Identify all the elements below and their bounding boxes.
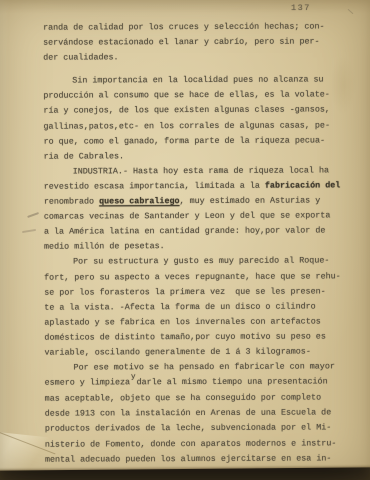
text-segment: , muy estimado en Asturias y — [180, 195, 321, 206]
text-line: comarcas vecinas de Santander y Leon y d… — [44, 208, 346, 224]
bold-phrase: fabricación del — [265, 180, 340, 190]
text-segment: darle al mismo tiempo una presentación — [137, 377, 328, 388]
text-line: productos derivados de la leche, subvenc… — [45, 421, 347, 437]
text-line: esmero y limpiezaydarle al mismo tiempo … — [45, 374, 347, 391]
paragraph-3-industria: INDUSTRIA.- Hasta hoy esta rama de rique… — [44, 163, 346, 255]
text-line: mas aceptable, objeto que se ha consegui… — [45, 391, 347, 407]
text-line: desde 1913 con la instalación en Arenas … — [45, 406, 347, 422]
pencil-mark — [348, 9, 354, 14]
text-line: der cualidades. — [43, 50, 345, 66]
text-line: Sin importancia en la localidad pues no … — [43, 73, 345, 89]
text-line: medio millón de pesetas. — [44, 239, 346, 255]
text-line: Por ese motivo se ha pensado en fabricar… — [45, 359, 347, 375]
page-number: 137 — [291, 3, 311, 13]
paragraph-1: randa de calidad por los cruces y selecc… — [43, 19, 345, 66]
text-line: te a la vista. -Afecta la forma de un di… — [44, 299, 346, 315]
text-segment: renombrado — [44, 196, 99, 206]
text-line: Por su estructura y gusto es muy parecid… — [44, 254, 346, 270]
text-line: a la América latina en cantidad grande: … — [44, 224, 346, 240]
underlined-phrase: queso cabraliego — [99, 196, 179, 206]
text-line: variable, oscilando generalmente de 1 á … — [44, 344, 346, 360]
text-line: domésticos de distinto tamaño,por cuyo m… — [44, 329, 346, 345]
pencil-mark — [22, 229, 36, 233]
text-line: gallinas,patos,etc- en los corrales de a… — [43, 118, 345, 134]
text-line: producción al consumo que se hace de ell… — [43, 88, 345, 104]
pencil-mark — [27, 212, 39, 218]
text-line: mental adecuado pueden los alumnos ejerc… — [45, 451, 347, 467]
scan-edge — [0, 467, 370, 480]
text-line: servándose estacionado el lanar y cabrío… — [43, 34, 345, 50]
paragraph-5: Por ese motivo se ha pensado en fabricar… — [45, 359, 347, 467]
paragraph-2: Sin importancia en la localidad pues no … — [43, 73, 345, 165]
text-line: ria de Cabrales. — [44, 148, 346, 164]
text-line: randa de calidad por los cruces y selecc… — [43, 19, 345, 35]
typewritten-text: randa de calidad por los cruces y selecc… — [43, 19, 347, 467]
text-line: se por los forasteros la primera vez que… — [44, 284, 346, 300]
text-line: fort, pero su aspecto a veces repugnante… — [44, 269, 346, 285]
text-line: revestido escasa importancia, limitada a… — [44, 178, 346, 194]
text-segment: revestido escasa importancia, limitada a… — [44, 181, 265, 192]
text-segment: esmero y limpieza — [45, 377, 130, 387]
scanned-document-page: 137 randa de calidad por los cruces y se… — [0, 0, 370, 480]
text-line: ría y conejos, de los que existen alguna… — [43, 103, 345, 119]
text-line: INDUSTRIA.- Hasta hoy esta rama de rique… — [44, 163, 346, 179]
text-line: renombrado queso cabraliego, muy estimad… — [44, 193, 346, 209]
text-line: nisterio de Fomento, donde con aparatos … — [45, 436, 347, 452]
text-line: aplastado y se fabrica en los invernales… — [44, 314, 346, 330]
text-line: ro que, como el ganado, forma parte de l… — [44, 133, 346, 149]
paragraph-4: Por su estructura y gusto es muy parecid… — [44, 254, 346, 361]
inserted-correction: y — [131, 370, 136, 385]
